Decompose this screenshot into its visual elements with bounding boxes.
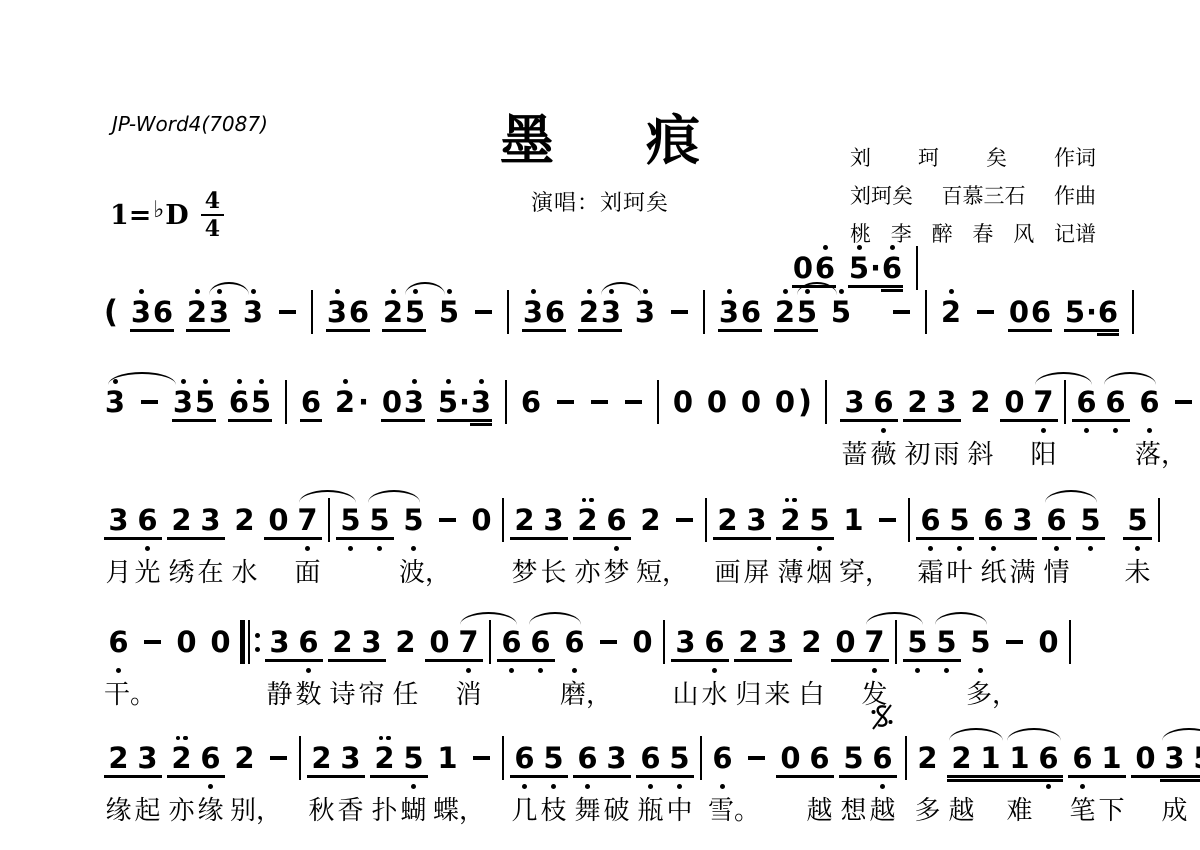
note: 6 [1097, 281, 1119, 380]
octave-dot [522, 784, 527, 789]
note: 0 [831, 611, 860, 710]
beam-group: 3山6水 [671, 611, 729, 710]
octave-dot [817, 546, 822, 551]
dash-line [473, 756, 490, 760]
note: 6 [497, 611, 526, 710]
note: 2斜 [966, 371, 995, 470]
note: 6 [300, 371, 322, 470]
beam-group: 2秋3香 [307, 727, 365, 826]
barline [1131, 281, 1135, 380]
beam-group: 06越 [776, 727, 834, 826]
lyric: 水 [700, 676, 729, 710]
note: 6梦 [602, 489, 631, 588]
note: 6纸 [979, 489, 1008, 588]
note: 5想 [839, 727, 868, 826]
lyric: 香 [336, 792, 365, 826]
beam-group: 07阳 [1000, 371, 1058, 470]
beam-group: 03 [381, 371, 425, 470]
note: 7面 [293, 489, 322, 588]
lyric: 穿， [839, 554, 868, 588]
lyric: 来 [763, 676, 792, 710]
octave-dot [572, 668, 577, 673]
note: 5 [830, 281, 852, 380]
beam-group: 6霜5叶 [916, 489, 974, 588]
dash-note [554, 371, 576, 470]
note: 6 [1101, 371, 1130, 470]
lyric: 初 [903, 436, 932, 470]
note: 6薇 [869, 371, 898, 470]
sheet-music-page: JP-Word4(7087) 墨痕 演唱：刘珂矣 1=♭D 4 4 刘珂矣作词刘… [0, 0, 1200, 850]
note: 5波， [399, 489, 428, 588]
lyric: 亦 [573, 554, 602, 588]
slur-group: 3成5 [1160, 727, 1200, 826]
octave-dot [391, 289, 396, 294]
lyric: 下 [1097, 792, 1126, 826]
slur-group: 07面5 [264, 489, 365, 588]
beam-group: 36 [326, 281, 370, 380]
note: 5 [932, 611, 961, 710]
slur-group: 1难6 [1005, 727, 1063, 826]
lyric: 斜 [966, 436, 995, 470]
note: 3 [326, 281, 348, 380]
note: 5 [365, 489, 394, 588]
octave-dot [1147, 428, 1152, 433]
segno-icon [869, 703, 895, 731]
lyric: 光 [133, 554, 162, 588]
octave-dot [1088, 546, 1093, 551]
beam-group: 36 [522, 281, 566, 380]
note: · [1086, 281, 1097, 380]
octave-dot [991, 546, 996, 551]
note: 5 [1189, 727, 1200, 826]
note: 3月 [104, 489, 133, 588]
lyric: 破 [602, 792, 631, 826]
lyric: 多 [913, 792, 942, 826]
lyric: 静 [265, 676, 294, 710]
octave-dot [839, 289, 844, 294]
lyric: 磨， [560, 676, 589, 710]
note: 5 [438, 281, 460, 380]
lyric: 薄 [776, 554, 805, 588]
note: 3起 [133, 727, 162, 826]
octave-dot [643, 289, 648, 294]
lyric: 别， [230, 792, 259, 826]
octave-dot [116, 668, 121, 673]
note: 0 [206, 611, 235, 710]
note: 2别， [230, 727, 259, 826]
note: 3成 [1160, 727, 1189, 826]
slur-group: 66落， [1101, 371, 1164, 470]
note: 5枝 [539, 727, 568, 826]
note: 2诗 [328, 611, 357, 710]
octave-dot [1080, 784, 1085, 789]
octave-dot [890, 245, 895, 250]
note: 6霜 [916, 489, 945, 588]
credit-text: 风 [1013, 218, 1034, 248]
barline [699, 727, 703, 826]
dash-note [873, 489, 902, 588]
beam-group: 6纸3满 [979, 489, 1037, 588]
note: 0 [467, 489, 496, 588]
slur-group: 07消6 [425, 611, 526, 710]
note: 3 [470, 371, 492, 470]
barline [501, 489, 505, 588]
note: 5叶 [945, 489, 974, 588]
octave-dot [872, 668, 877, 673]
note: 7阳 [1029, 371, 1058, 470]
mordent-icon [582, 498, 594, 503]
barline [1157, 489, 1161, 588]
lyric: 枝 [539, 792, 568, 826]
note: 0 [774, 371, 796, 470]
note: 5中 [665, 727, 694, 826]
lyric: 叶 [945, 554, 974, 588]
credit-text: 春 [972, 218, 993, 248]
note: 6数 [294, 611, 323, 710]
note: 0 [776, 727, 805, 826]
note: 2短， [636, 489, 665, 588]
lyric: 亦 [167, 792, 196, 826]
octave-dot [145, 546, 150, 551]
octave-dot [203, 379, 208, 384]
lyric: 蝴 [399, 792, 428, 826]
note: 1穿， [839, 489, 868, 588]
note: 6光 [133, 489, 162, 588]
octave-dot [343, 379, 348, 384]
lyric: 秋 [307, 792, 336, 826]
barline [501, 727, 505, 826]
lyric: 缘 [196, 792, 225, 826]
lyric: 梦 [510, 554, 539, 588]
barline [824, 371, 828, 470]
barline [924, 281, 928, 380]
score-line-2: 3356562·035·360000)3蔷6薇2初3雨2斜07阳666落，0 [104, 371, 1200, 470]
lyric: 帘 [357, 676, 386, 710]
note: 3满 [1008, 489, 1037, 588]
note: 6 [152, 281, 174, 380]
credit-text: 百慕三石 [942, 180, 1026, 210]
lyric: 中 [665, 792, 694, 826]
dash-line [671, 310, 688, 314]
octave-dot [305, 546, 310, 551]
octave-dot [881, 428, 886, 433]
note: 1下 [1097, 727, 1126, 826]
dash-note [742, 727, 771, 826]
lyric: 雪。 [708, 792, 737, 826]
octave-dot [1113, 428, 1118, 433]
lyric: 波， [399, 554, 428, 588]
octave-dot [720, 784, 725, 789]
note: 3破 [602, 727, 631, 826]
beam-group: 3蔷6薇 [840, 371, 898, 470]
note: 0 [706, 371, 728, 470]
score-line-4: 6干。003静6数2诗3帘2任07消666磨，03山6水2归3来2白07发555… [104, 611, 1077, 710]
credit-text: 作词 [1054, 142, 1096, 172]
note: 3在 [196, 489, 225, 588]
beam-group: 6几5枝 [510, 727, 568, 826]
note: 6 [740, 281, 762, 380]
octave-dot [880, 784, 885, 789]
beam-group: 2亦6缘 [167, 727, 225, 826]
time-signature-denominator: 4 [205, 216, 220, 240]
octave-dot [531, 289, 536, 294]
note: 2扑 [370, 727, 399, 826]
octave-dot [978, 668, 983, 673]
note: 6水 [700, 611, 729, 710]
octave-dot [259, 379, 264, 384]
octave-dot [957, 546, 962, 551]
dash-line [1006, 640, 1023, 644]
octave-dot [949, 289, 954, 294]
note: 0 [425, 611, 454, 710]
credit-text: 刘 [850, 142, 871, 172]
note: 6落， [1135, 371, 1164, 470]
note: 5 [1064, 281, 1086, 380]
dash-line [1175, 400, 1192, 404]
note: 2画 [713, 489, 742, 588]
dash-line [475, 310, 492, 314]
note: 3 [208, 281, 230, 380]
note: 3 [104, 371, 126, 470]
note: 5烟 [805, 489, 834, 588]
octave-dot [538, 668, 543, 673]
octave-dot [614, 546, 619, 551]
slur-group: 07发5 [831, 611, 932, 710]
note: 1难 [1005, 727, 1034, 826]
dash-line [270, 756, 287, 760]
lyric: 蔷 [840, 436, 869, 470]
lyric: 干。 [104, 676, 133, 710]
slur-group: 07阳6 [1000, 371, 1101, 470]
lyric: 烟 [805, 554, 834, 588]
beam-group: 2缘3起 [104, 727, 162, 826]
note: 5 [336, 489, 365, 588]
note: 0 [1000, 371, 1029, 470]
note: 3 [242, 281, 264, 380]
note: 2 [334, 371, 356, 470]
note: 3 [600, 281, 622, 380]
beam-group: 36 [130, 281, 174, 380]
beam-group: 2扑5蝴 [370, 727, 428, 826]
dash-line [557, 400, 574, 404]
note: 5 [194, 371, 216, 470]
lyric: 蝶， [433, 792, 462, 826]
slur-group: 55波， [365, 489, 428, 588]
slur-group: 233 [578, 281, 656, 380]
note: 5蝴 [399, 727, 428, 826]
mordent-icon [379, 736, 391, 741]
lyric: 缘 [104, 792, 133, 826]
octave-dot [377, 546, 382, 551]
note: 5 [250, 371, 272, 470]
octave-dot [585, 784, 590, 789]
octave-dot [251, 289, 256, 294]
lyric: 几 [510, 792, 539, 826]
key-prefix: 1= [110, 200, 151, 231]
octave-dot [412, 379, 417, 384]
barline [504, 371, 508, 470]
flat-icon: ♭ [153, 196, 164, 223]
note: 6越 [868, 727, 897, 826]
beam-group: 2薄5烟 [776, 489, 834, 588]
lyric: 山 [671, 676, 700, 710]
dash-line [676, 518, 693, 522]
note: 2归 [734, 611, 763, 710]
note: 0 [1008, 281, 1030, 380]
dash-note [138, 611, 167, 710]
octave-dot [1084, 428, 1089, 433]
slur-group: 2越1 [947, 727, 1005, 826]
lyric: 短， [636, 554, 665, 588]
octave-dot [208, 784, 213, 789]
mordent-icon [176, 736, 188, 741]
beam-group: 6笔1下 [1068, 727, 1126, 826]
dash-line [144, 640, 161, 644]
note: 6瓶 [636, 727, 665, 826]
octave-dot [466, 668, 471, 673]
key-signature: 1=♭D 4 4 [110, 190, 224, 240]
beam-group: 2亦6梦 [573, 489, 631, 588]
barline [656, 371, 660, 470]
mordent-icon [785, 498, 797, 503]
note: 6 [228, 371, 250, 470]
lyric: 画 [713, 554, 742, 588]
note: 6笔 [1068, 727, 1097, 826]
note: 0 [172, 611, 201, 710]
octave-dot [411, 784, 416, 789]
beam-group: 5想6越 [839, 727, 897, 826]
slur-group: 66磨， [526, 611, 589, 710]
slur-group: 6情5 [1042, 489, 1105, 588]
note: 3 [522, 281, 544, 380]
lyric: 数 [294, 676, 323, 710]
note: 0 [1034, 611, 1063, 710]
note: 5未 [1123, 489, 1152, 588]
time-signature: 4 4 [201, 190, 224, 240]
note: 6雪。 [708, 727, 737, 826]
lyric: 梦 [602, 554, 631, 588]
lyric: 多， [966, 676, 995, 710]
octave-dot [944, 668, 949, 673]
credit-text: 记谱 [1054, 218, 1096, 248]
dash-line [141, 400, 158, 404]
note: 3香 [336, 727, 365, 826]
note: 3 [718, 281, 740, 380]
note: 5 [404, 281, 426, 380]
beam-group: 2越11难6 [947, 727, 1063, 826]
lyric: 月 [104, 554, 133, 588]
dash-note [670, 489, 699, 588]
note: · [459, 371, 470, 470]
octave-dot [411, 546, 416, 551]
note: 2绣 [167, 489, 196, 588]
octave-dot [648, 784, 653, 789]
beam-group: 6舞3破 [573, 727, 631, 826]
barline [907, 489, 911, 588]
credit-line: 刘珂矣百慕三石作曲 [850, 180, 1096, 210]
lyric: 瓶 [636, 792, 665, 826]
note: 0 [740, 371, 762, 470]
lyric: 阳 [1029, 436, 1058, 470]
score-line-3: 3月6光2绣3在2水07面555波，02梦3长2亦6梦2短，2画3屏2薄5烟1穿… [104, 489, 1166, 588]
note: 6 [1030, 281, 1052, 380]
lyric: 雨 [932, 436, 961, 470]
note: 5 [796, 281, 818, 380]
note: 2 [774, 281, 796, 380]
octave-dot [857, 245, 862, 250]
octave-dot [1041, 428, 1046, 433]
parenthesis: ( [104, 281, 118, 380]
octave-dot [677, 784, 682, 789]
slur-group: 233 [186, 281, 264, 380]
dash-line [600, 640, 617, 644]
octave-dot [479, 379, 484, 384]
note: 6情 [1042, 489, 1071, 588]
beam-group: 5·3 [437, 371, 492, 470]
note: 2初 [903, 371, 932, 470]
note: 6 [526, 611, 555, 710]
beam-group: 2诗3帘 [328, 611, 386, 710]
note: 2薄 [776, 489, 805, 588]
lyric: 成 [1160, 792, 1189, 826]
barline [702, 281, 706, 380]
lyric: 扑 [370, 792, 399, 826]
barline [298, 727, 302, 826]
barline [310, 281, 314, 380]
note: 2越 [947, 727, 976, 826]
lyric: 白 [797, 676, 826, 710]
note: 6几 [510, 727, 539, 826]
note: 3雨 [932, 371, 961, 470]
credit-text: 刘珂矣 [850, 180, 913, 210]
dash-line [977, 310, 994, 314]
octave-dot [928, 546, 933, 551]
beam-group: 2绣3在 [167, 489, 225, 588]
time-signature-numerator: 4 [201, 190, 224, 216]
note: 3 [130, 281, 152, 380]
parenthesis: ) [798, 371, 812, 470]
octave-dot [348, 546, 353, 551]
note: 5 [1076, 489, 1105, 588]
barline [284, 371, 288, 470]
note: 6 [520, 371, 542, 470]
lyric: 纸 [979, 554, 1008, 588]
note: 1蝶， [433, 727, 462, 826]
note: 0 [1131, 727, 1160, 826]
note: 6 [1072, 371, 1101, 470]
note: 2亦 [573, 489, 602, 588]
beam-group: 6瓶5中 [636, 727, 694, 826]
credit-text: 矣 [986, 142, 1007, 172]
note: 2 [186, 281, 208, 380]
beam-group: 36 [718, 281, 762, 380]
note: 3 [634, 281, 656, 380]
note: 3蔷 [840, 371, 869, 470]
note: 3来 [763, 611, 792, 710]
credit-text: 作曲 [1054, 180, 1096, 210]
lyric: 长 [539, 554, 568, 588]
lyric: 面 [293, 554, 322, 588]
barline [704, 489, 708, 588]
note: 6越 [805, 727, 834, 826]
note: 2缘 [104, 727, 133, 826]
beam-group: 23 [186, 281, 230, 380]
octave-dot [587, 289, 592, 294]
barline [488, 611, 492, 710]
beam-group: 35 [172, 371, 216, 470]
octave-dot [551, 784, 556, 789]
beam-group: 25 [774, 281, 818, 380]
